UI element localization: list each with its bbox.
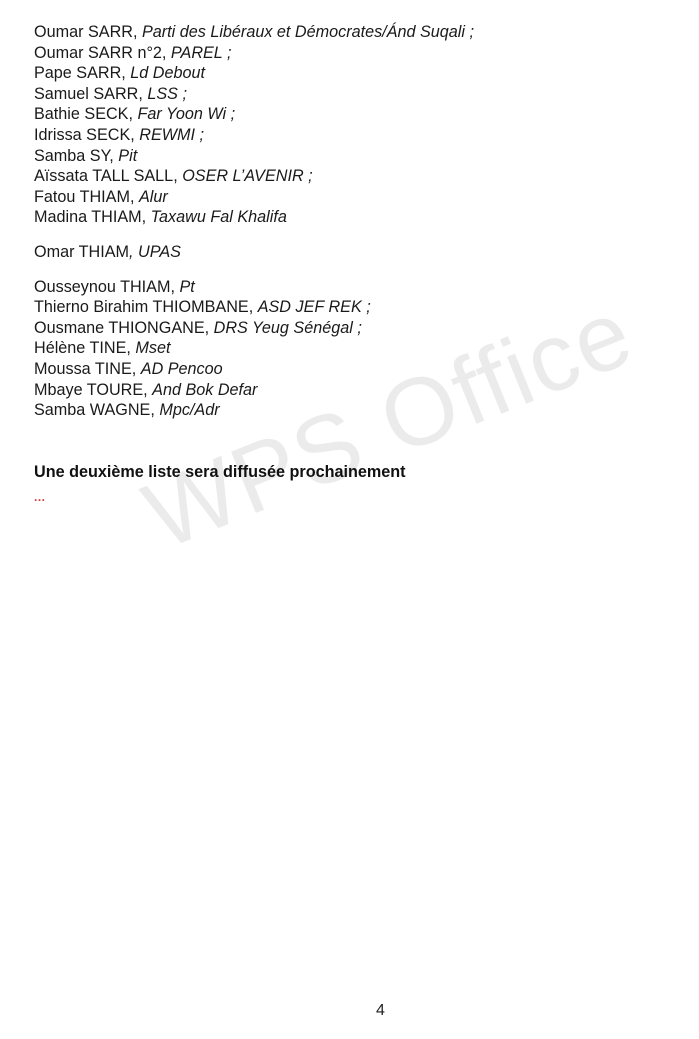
list-item: Samba SY, Pit xyxy=(34,146,654,167)
party-name: Alur xyxy=(139,188,168,206)
list-item: Idrissa SECK, REWMI ; xyxy=(34,125,654,146)
person-name: Bathie SECK xyxy=(34,105,128,123)
list-item: Ousmane THIONGANE, DRS Yeug Sénégal ; xyxy=(34,318,654,339)
list-item: Bathie SECK, Far Yoon Wi ; xyxy=(34,104,654,125)
name-list: Oumar SARR, Parti des Libéraux et Démocr… xyxy=(34,22,654,421)
party-name: And Bok Defar xyxy=(152,381,257,399)
party-name: Far Yoon Wi ; xyxy=(137,105,235,123)
list-item: Oumar SARR, Parti des Libéraux et Démocr… xyxy=(34,22,654,43)
person-name: Ousseynou THIAM xyxy=(34,278,170,296)
list-item: Madina THIAM, Taxawu Fal Khalifa xyxy=(34,207,654,228)
party-name: REWMI ; xyxy=(139,126,204,144)
person-name: Oumar SARR xyxy=(34,23,133,41)
person-name: Samba WAGNE xyxy=(34,401,150,419)
list-item: Omar THIAM, UPAS xyxy=(34,242,654,263)
person-name: Hélène TINE xyxy=(34,339,126,357)
list-item: Aïssata TALL SALL, OSER L’AVENIR ; xyxy=(34,166,654,187)
person-name: Moussa TINE xyxy=(34,360,132,378)
person-name: Mbaye TOURE xyxy=(34,381,143,399)
person-name: Idrissa SECK xyxy=(34,126,130,144)
party-name: LSS ; xyxy=(147,85,187,103)
party-name: Pit xyxy=(118,147,137,165)
list-item: Ousseynou THIAM, Pt xyxy=(34,277,654,298)
list-item: Hélène TINE, Mset xyxy=(34,338,654,359)
party-name: UPAS xyxy=(138,243,181,261)
list-item: Fatou THIAM, Alur xyxy=(34,187,654,208)
party-name: Taxawu Fal Khalifa xyxy=(151,208,287,226)
party-name: DRS Yeug Sénégal ; xyxy=(214,319,362,337)
list-item: Thierno Birahim THIOMBANE, ASD JEF REK ; xyxy=(34,297,654,318)
person-name: Ousmane THIONGANE xyxy=(34,319,205,337)
party-name: PAREL ; xyxy=(171,44,232,62)
party-name: ASD JEF REK ; xyxy=(258,298,371,316)
party-name: Mpc/Adr xyxy=(159,401,219,419)
person-name: Omar THIAM xyxy=(34,243,129,261)
page-number: 4 xyxy=(376,1002,385,1020)
person-name: Fatou THIAM xyxy=(34,188,130,206)
list-item: Moussa TINE, AD Pencoo xyxy=(34,359,654,380)
person-name: Samba SY xyxy=(34,147,109,165)
list-item: Pape SARR, Ld Debout xyxy=(34,63,654,84)
party-name: Pt xyxy=(179,278,194,296)
ellipsis-marker: ... xyxy=(34,490,46,504)
person-name: Thierno Birahim THIOMBANE xyxy=(34,298,249,316)
person-name: Madina THIAM xyxy=(34,208,142,226)
party-name: AD Pencoo xyxy=(141,360,223,378)
party-name: OSER L’AVENIR ; xyxy=(182,167,312,185)
person-name: Pape SARR xyxy=(34,64,121,82)
party-name: Mset xyxy=(135,339,170,357)
party-name: Parti des Libéraux et Démocrates/Ánd Suq… xyxy=(142,23,474,41)
person-name: Oumar SARR n°2 xyxy=(34,44,162,62)
list-item: Oumar SARR n°2, PAREL ; xyxy=(34,43,654,64)
person-name: Samuel SARR xyxy=(34,85,138,103)
list-item: Samuel SARR, LSS ; xyxy=(34,84,654,105)
second-list-note: Une deuxième liste sera diffusée prochai… xyxy=(34,463,406,482)
person-name: Aïssata TALL SALL xyxy=(34,167,173,185)
list-item: Mbaye TOURE, And Bok Defar xyxy=(34,380,654,401)
list-item: Samba WAGNE, Mpc/Adr xyxy=(34,400,654,421)
party-name: Ld Debout xyxy=(130,64,205,82)
